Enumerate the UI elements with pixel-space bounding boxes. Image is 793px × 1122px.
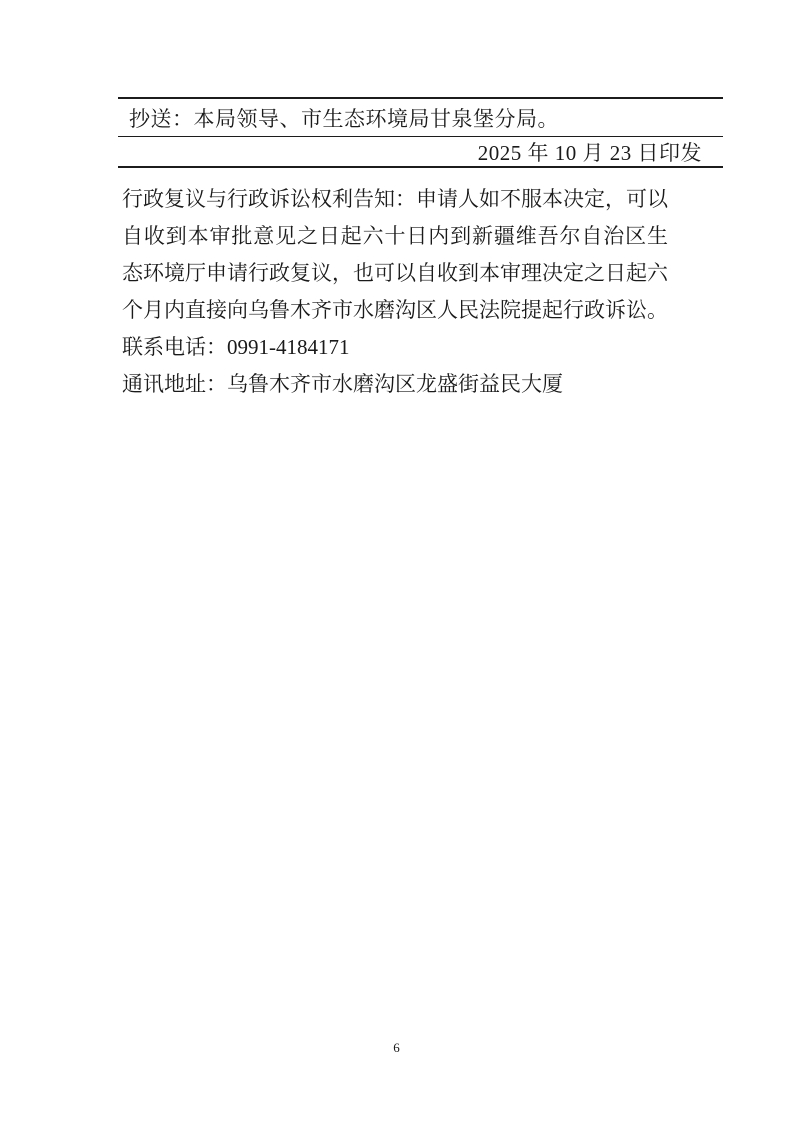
notice-line-3: 态环境厅申请行政复议，也可以自收到本审理决定之日起六 [122,255,668,292]
notice-line-2: 自收到本审批意见之日起六十日内到新疆维吾尔自治区生 [122,218,668,255]
copy-to-line: 抄送：本局领导、市生态环境局甘泉堡分局。 [118,99,723,137]
rights-notice-paragraph: 行政复议与行政诉讼权利告知：申请人如不服本决定，可以 自收到本审批意见之日起六十… [122,181,668,403]
notice-line-1: 行政复议与行政诉讼权利告知：申请人如不服本决定，可以 [122,181,668,218]
issue-date-line: 2025 年 10 月 23 日印发 [118,137,723,166]
cc-issuance-block: 抄送：本局领导、市生态环境局甘泉堡分局。 2025 年 10 月 23 日印发 [118,97,723,168]
contact-phone-line: 联系电话：0991-4184171 [122,329,668,366]
notice-line-4: 个月内直接向乌鲁木齐市水磨沟区人民法院提起行政诉讼。 [122,292,668,329]
document-page: 抄送：本局领导、市生态环境局甘泉堡分局。 2025 年 10 月 23 日印发 … [0,0,793,1122]
page-number: 6 [0,1040,793,1056]
mailing-address-line: 通讯地址：乌鲁木齐市水磨沟区龙盛街益民大厦 [122,366,668,403]
